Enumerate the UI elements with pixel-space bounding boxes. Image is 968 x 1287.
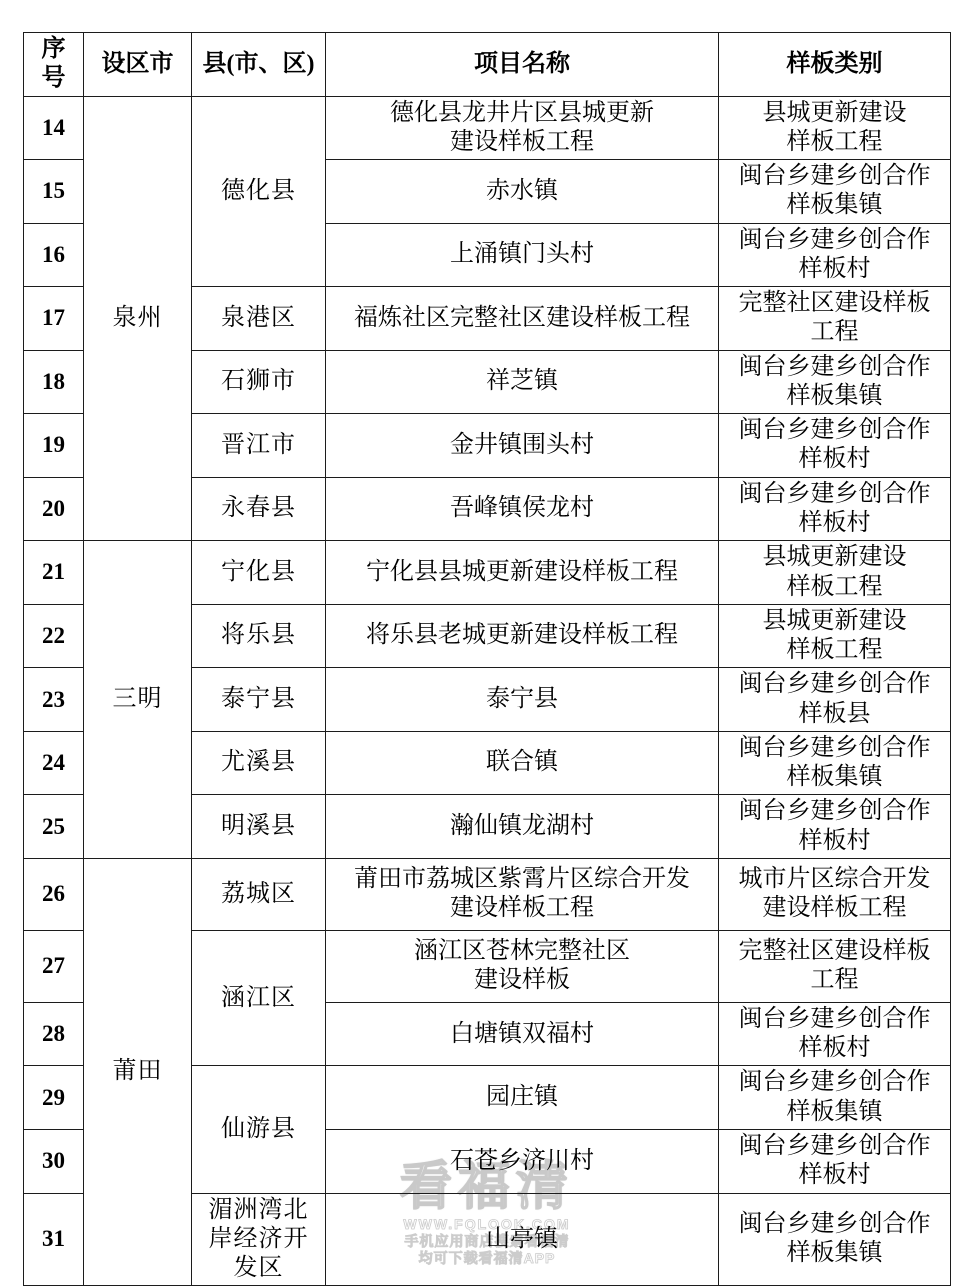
row-number-cell: 24 (24, 731, 84, 795)
row-number-cell: 17 (24, 287, 84, 351)
category-cell: 闽台乡建乡创合作 样板村 (719, 414, 951, 478)
county-cell-taining: 泰宁县 (192, 668, 326, 732)
project-cell: 祥芝镇 (326, 350, 719, 414)
county-cell-jinjiang: 晋江市 (192, 414, 326, 478)
county-cell-youxi: 尤溪县 (192, 731, 326, 795)
project-cell: 石苍乡济川村 (326, 1129, 719, 1193)
project-cell: 泰宁县 (326, 668, 719, 732)
category-cell: 闽台乡建乡创合作 样板集镇 (719, 160, 951, 224)
project-cell: 山亭镇 (326, 1193, 719, 1286)
county-cell-hanjiang: 涵江区 (192, 930, 326, 1066)
table-row-26: 26 莆田 荔城区 莆田市荔城区紫霄片区综合开发 建设样板工程 城市片区综合开发… (24, 858, 951, 930)
row-number-cell: 29 (24, 1066, 84, 1130)
header-project: 项目名称 (326, 33, 719, 97)
county-cell-dehua: 德化县 (192, 96, 326, 287)
project-cell: 涵江区苍林完整社区 建设样板 (326, 930, 719, 1002)
row-number-cell: 14 (24, 96, 84, 160)
project-cell: 瀚仙镇龙湖村 (326, 795, 719, 859)
category-cell: 闽台乡建乡创合作 样板村 (719, 477, 951, 541)
category-cell: 闽台乡建乡创合作 样板集镇 (719, 1066, 951, 1130)
row-number-cell: 26 (24, 858, 84, 930)
row-number-cell: 19 (24, 414, 84, 478)
county-cell-shishi: 石狮市 (192, 350, 326, 414)
category-cell: 闽台乡建乡创合作 样板村 (719, 1129, 951, 1193)
county-cell-xianyou: 仙游县 (192, 1066, 326, 1193)
row-number-cell: 31 (24, 1193, 84, 1286)
row-number-cell: 30 (24, 1129, 84, 1193)
category-cell: 闽台乡建乡创合作 样板村 (719, 223, 951, 287)
header-city: 设区市 (84, 33, 192, 97)
county-cell-licheng: 荔城区 (192, 858, 326, 930)
header-category: 样板类别 (719, 33, 951, 97)
project-cell: 吾峰镇侯龙村 (326, 477, 719, 541)
row-number-cell: 23 (24, 668, 84, 732)
document-sheet: 序 号 设区市 县(市、区) 项目名称 样板类别 14 泉州 德化县 德化县龙井… (23, 32, 951, 1286)
row-number-cell: 16 (24, 223, 84, 287)
project-cell: 金井镇围头村 (326, 414, 719, 478)
project-cell: 联合镇 (326, 731, 719, 795)
category-cell: 完整社区建设样板 工程 (719, 287, 951, 351)
row-number-cell: 22 (24, 604, 84, 668)
project-cell: 园庄镇 (326, 1066, 719, 1130)
category-cell: 闽台乡建乡创合作 样板集镇 (719, 731, 951, 795)
county-cell-jiangle: 将乐县 (192, 604, 326, 668)
header-county: 县(市、区) (192, 33, 326, 97)
city-cell-sanming: 三明 (84, 541, 192, 859)
county-cell-meizhouwan: 湄洲湾北 岸经济开 发区 (192, 1193, 326, 1286)
row-number-cell: 25 (24, 795, 84, 859)
category-cell: 闽台乡建乡创合作 样板县 (719, 668, 951, 732)
county-cell-ninghua: 宁化县 (192, 541, 326, 605)
row-number-cell: 28 (24, 1002, 84, 1066)
project-cell: 宁化县县城更新建设样板工程 (326, 541, 719, 605)
county-cell-yongchun: 永春县 (192, 477, 326, 541)
category-cell: 县城更新建设 样板工程 (719, 96, 951, 160)
project-cell: 白塘镇双福村 (326, 1002, 719, 1066)
category-cell: 闽台乡建乡创合作 样板集镇 (719, 350, 951, 414)
row-number-cell: 21 (24, 541, 84, 605)
city-cell-putian: 莆田 (84, 858, 192, 1285)
project-cell: 将乐县老城更新建设样板工程 (326, 604, 719, 668)
project-cell: 福炼社区完整社区建设样板工程 (326, 287, 719, 351)
category-cell: 完整社区建设样板 工程 (719, 930, 951, 1002)
sample-projects-table: 序 号 设区市 县(市、区) 项目名称 样板类别 14 泉州 德化县 德化县龙井… (23, 32, 951, 1286)
header-row: 序 号 设区市 县(市、区) 项目名称 样板类别 (24, 33, 951, 97)
project-cell: 莆田市荔城区紫霄片区综合开发 建设样板工程 (326, 858, 719, 930)
row-number-cell: 15 (24, 160, 84, 224)
category-cell: 县城更新建设 样板工程 (719, 541, 951, 605)
project-cell: 德化县龙井片区县城更新 建设样板工程 (326, 96, 719, 160)
category-cell: 县城更新建设 样板工程 (719, 604, 951, 668)
header-no: 序 号 (24, 33, 84, 97)
county-cell-quangang: 泉港区 (192, 287, 326, 351)
row-number-cell: 20 (24, 477, 84, 541)
project-cell: 赤水镇 (326, 160, 719, 224)
city-cell-quanzhou: 泉州 (84, 96, 192, 541)
table-row-14: 14 泉州 德化县 德化县龙井片区县城更新 建设样板工程 县城更新建设 样板工程 (24, 96, 951, 160)
category-cell: 闽台乡建乡创合作 样板村 (719, 1002, 951, 1066)
category-cell: 闽台乡建乡创合作 样板集镇 (719, 1193, 951, 1286)
table-row-21: 21 三明 宁化县 宁化县县城更新建设样板工程 县城更新建设 样板工程 (24, 541, 951, 605)
category-cell: 城市片区综合开发 建设样板工程 (719, 858, 951, 930)
county-cell-mingxi: 明溪县 (192, 795, 326, 859)
row-number-cell: 27 (24, 930, 84, 1002)
row-number-cell: 18 (24, 350, 84, 414)
category-cell: 闽台乡建乡创合作 样板村 (719, 795, 951, 859)
project-cell: 上涌镇门头村 (326, 223, 719, 287)
